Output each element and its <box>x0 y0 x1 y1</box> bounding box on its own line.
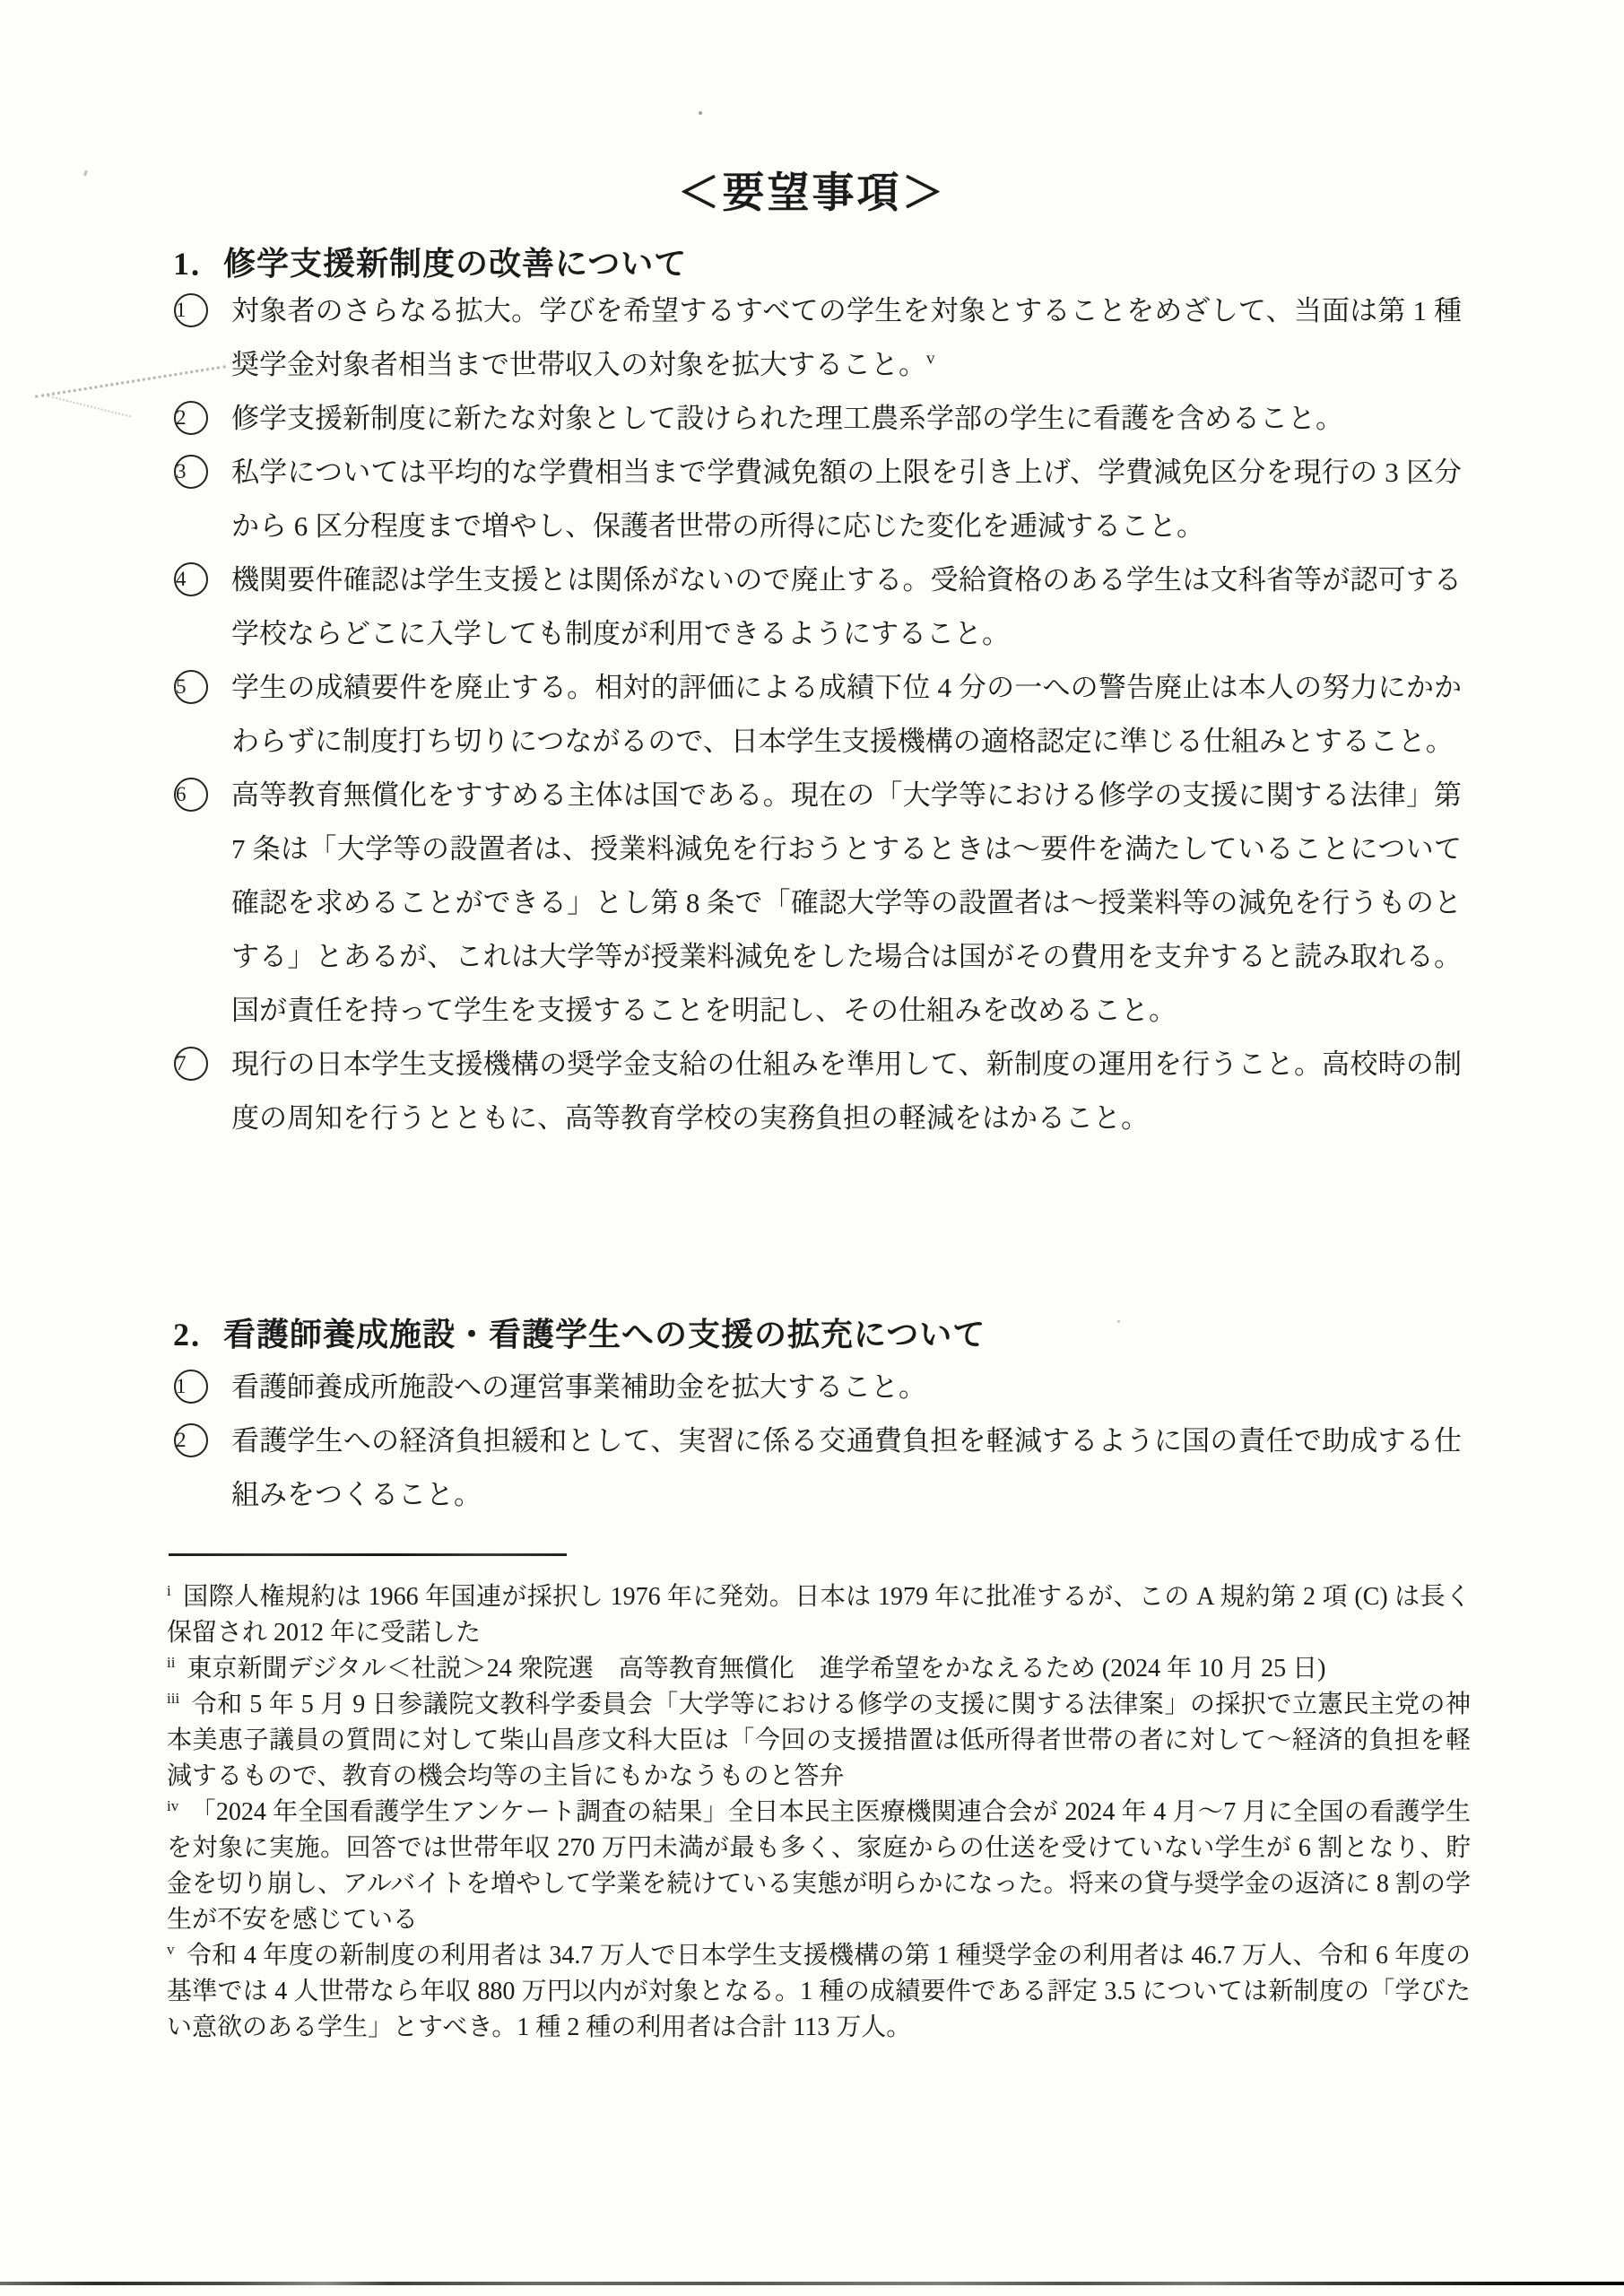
item-text: 看護師養成所施設への運営事業補助金を拡大すること。 <box>231 1371 926 1403</box>
circled-number-icon: 1 <box>174 1370 208 1404</box>
item-text: 私学については平均的な学費相当まで学費減免額の上限を引き上げ、学費減免区分を現行… <box>231 457 1462 542</box>
footnote-text: 令和 4 年度の新制度の利用者は 34.7 万人で日本学生支援機構の第 1 種奨… <box>167 1942 1471 2041</box>
footnote: ii東京新聞デジタル＜社説＞24 衆院選 高等教育無償化 進学希望をかなえるため… <box>167 1651 1471 1687</box>
document-title: ＜要望事項＞ <box>0 160 1624 220</box>
circled-number-icon: 3 <box>174 455 208 489</box>
list-item: 3私学については平均的な学費相当まで学費減免額の上限を引き上げ、学費減免区分を現… <box>231 446 1462 553</box>
footnote-ref-marker: v <box>926 350 935 369</box>
circled-number-icon: 6 <box>174 778 208 812</box>
scan-speck <box>1117 1320 1120 1323</box>
list-item: 5学生の成績要件を廃止する。相対的評価による成績下位 4 分の一への警告廃止は本… <box>231 661 1462 769</box>
scan-edge-line <box>0 2282 1624 2285</box>
list-item: 1看護師養成所施設への運営事業補助金を拡大すること。 <box>231 1361 1462 1414</box>
item-text: 機関要件確認は学生支援とは関係がないので廃止する。受給資格のある学生は文科省等が… <box>231 564 1462 649</box>
footnote-block: i国際人権規約は 1966 年国連が採択し 1976 年に発効。日本は 1979… <box>167 1579 1471 2046</box>
list-item: 2修学支援新制度に新たな対象として設けられた理工農系学部の学生に看護を含めること… <box>231 392 1462 446</box>
footnote-text: 令和 5 年 5 月 9 日参議院文教科学委員会「大学等における修学の支援に関す… <box>167 1691 1471 1790</box>
footnote-marker: iii <box>167 1690 179 1707</box>
scanned-document-page: ＜要望事項＞ 1．修学支援新制度の改善について 1対象者のさらなる拡大。学びを希… <box>0 0 1624 2296</box>
footnote-separator-line <box>169 1553 567 1556</box>
section-1-item-list: 1対象者のさらなる拡大。学びを希望するすべての学生を対象とすることをめざして、当… <box>231 284 1462 1145</box>
section-2-heading: 2．看護師養成施設・看護学生への支援の拡充について <box>173 1309 986 1355</box>
footnote-text: 「2024 年全国看護学生アンケート調査の結果」全日本民主医療機関連合会が 20… <box>167 1798 1471 1934</box>
footnote-marker: ii <box>167 1654 175 1671</box>
list-item: 6高等教育無償化をすすめる主体は国である。現在の「大学等における修学の支援に関す… <box>231 769 1462 1038</box>
item-text: 学生の成績要件を廃止する。相対的評価による成績下位 4 分の一への警告廃止は本人… <box>231 672 1462 757</box>
circled-number-icon: 1 <box>174 293 208 327</box>
section-2-item-list: 1看護師養成所施設への運営事業補助金を拡大すること。 2看護学生への経済負担緩和… <box>231 1361 1462 1522</box>
scan-smudge <box>48 396 131 418</box>
footnote: v令和 4 年度の新制度の利用者は 34.7 万人で日本学生支援機構の第 1 種… <box>167 1938 1471 2046</box>
scan-smudge <box>35 365 226 398</box>
footnote: iv「2024 年全国看護学生アンケート調査の結果」全日本民主医療機関連合会が … <box>167 1795 1471 1938</box>
footnote-text: 東京新聞デジタル＜社説＞24 衆院選 高等教育無償化 進学希望をかなえるため (… <box>187 1655 1325 1683</box>
scan-speck <box>699 111 702 115</box>
item-text: 現行の日本学生支援機構の奨学金支給の仕組みを準用して、新制度の運用を行うこと。高… <box>231 1048 1462 1134</box>
footnote-marker: v <box>167 1941 175 1958</box>
footnote-marker: iv <box>167 1797 178 1814</box>
list-item: 1対象者のさらなる拡大。学びを希望するすべての学生を対象とすることをめざして、当… <box>231 284 1462 392</box>
list-item: 2看護学生への経済負担緩和として、実習に係る交通費負担を軽減するように国の責任で… <box>231 1414 1462 1522</box>
item-text: 対象者のさらなる拡大。学びを希望するすべての学生を対象とすることをめざして、当面… <box>231 295 1462 380</box>
circled-number-icon: 7 <box>174 1047 208 1081</box>
section-1-heading: 1．修学支援新制度の改善について <box>173 239 687 284</box>
item-text: 修学支援新制度に新たな対象として設けられた理工農系学部の学生に看護を含めること。 <box>231 403 1343 434</box>
footnote: i国際人権規約は 1966 年国連が採択し 1976 年に発効。日本は 1979… <box>167 1579 1471 1651</box>
list-item: 4機関要件確認は学生支援とは関係がないので廃止する。受給資格のある学生は文科省等… <box>231 553 1462 661</box>
footnote-text: 国際人権規約は 1966 年国連が採択し 1976 年に発効。日本は 1979 … <box>167 1583 1471 1647</box>
circled-number-icon: 5 <box>174 670 208 704</box>
footnote-marker: i <box>167 1582 171 1599</box>
footnote: iii令和 5 年 5 月 9 日参議院文教科学委員会「大学等における修学の支援… <box>167 1687 1471 1795</box>
list-item: 7現行の日本学生支援機構の奨学金支給の仕組みを準用して、新制度の運用を行うこと。… <box>231 1038 1462 1145</box>
circled-number-icon: 2 <box>174 401 208 435</box>
circled-number-icon: 4 <box>174 562 208 596</box>
item-text: 高等教育無償化をすすめる主体は国である。現在の「大学等における修学の支援に関する… <box>231 779 1462 1026</box>
circled-number-icon: 2 <box>174 1423 208 1457</box>
item-text: 看護学生への経済負担緩和として、実習に係る交通費負担を軽減するように国の責任で助… <box>231 1425 1462 1510</box>
